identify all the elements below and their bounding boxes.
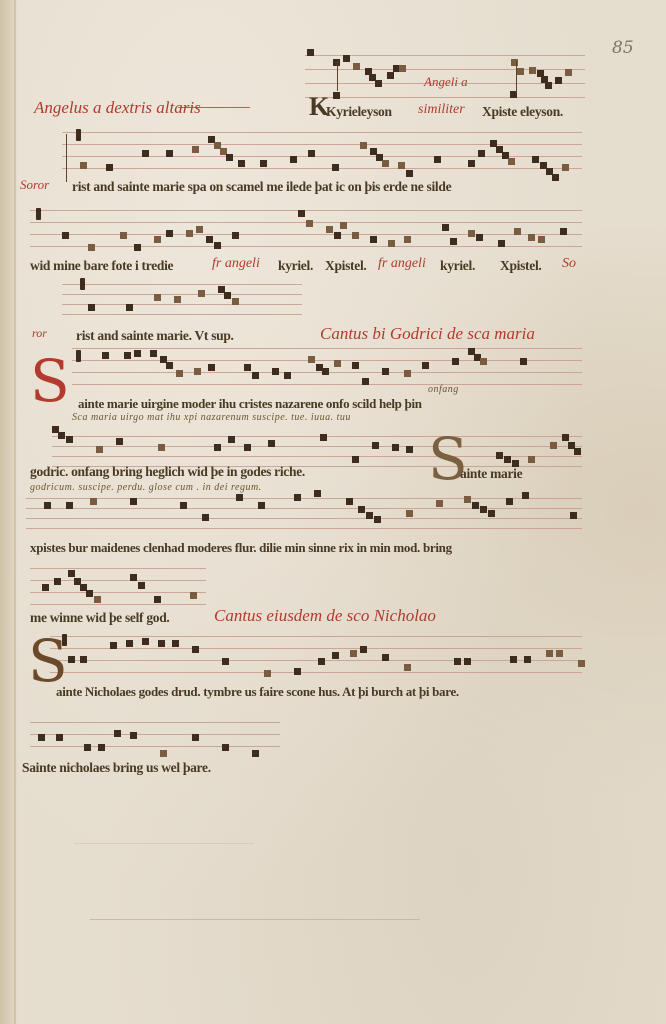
folio-number: 85 xyxy=(612,38,634,58)
rubric-cantus-godrici: Cantus bi Godrici de sca maria xyxy=(320,324,535,344)
text-line-1a: rist and sainte marie spa on scamel me i… xyxy=(72,179,312,194)
text-line-1b: þat ic on þis erde ne silde xyxy=(315,179,452,194)
bracket xyxy=(66,134,67,182)
gloss-line-4: Sca maria uirgo mat ihu xpi nazarenum su… xyxy=(72,412,351,423)
text-line-8: ainte Nicholaes godes drud. tymbre us fa… xyxy=(56,684,459,700)
text-line-7: me winne wid þe self god. xyxy=(30,610,170,626)
rubric-similiter: similiter xyxy=(418,102,465,118)
spine-shadow xyxy=(14,0,16,1024)
text-kyrieleyson: Kyrieleyson xyxy=(326,104,392,120)
text-line-2: wid mine bare fote i tredie xyxy=(30,258,173,274)
text-line-4: ainte marie uirgine moder ihu cristes na… xyxy=(78,396,422,412)
rubric-fr-angeli-1: fr angeli xyxy=(212,256,260,272)
gloss-line-5: godricum. suscipe. perdu. glose cum . in… xyxy=(30,482,262,493)
text-kyriel-2: kyriel. xyxy=(440,258,475,274)
text-xpistel-1: Xpistel. xyxy=(325,258,366,274)
text-line-6: xpistes bur maidenes clenhad moderes flu… xyxy=(30,540,452,556)
text-line-9: Sainte nicholaes bring us wel þare. xyxy=(22,760,211,776)
faint-ruling-2 xyxy=(74,843,254,844)
staff-1 xyxy=(62,132,582,177)
rubric-angelus-a-dextris: Angelus a dextris altaris xyxy=(34,98,201,118)
rubric-fr-angeli-2: fr angeli xyxy=(378,256,426,272)
text-xpistel-2: Xpistel. xyxy=(500,258,541,274)
rubric-cantus-nicholas: Cantus eiusdem de sco Nicholao xyxy=(214,606,436,626)
text-line-1: rist and sainte marie spa on scamel me i… xyxy=(72,179,451,195)
staff-9 xyxy=(30,722,280,758)
staff-2 xyxy=(30,210,582,255)
text-kyriel-1: kyriel. xyxy=(278,258,313,274)
initial-s-marie: S xyxy=(30,352,70,410)
rubric-ror: ror xyxy=(32,326,47,341)
text-line-3: rist and sainte marie. Vt sup. xyxy=(76,328,234,344)
rubric-angeli: Angeli a xyxy=(424,74,468,90)
text-line-5b: ainte marie xyxy=(460,466,522,482)
rubric-soror: Soror xyxy=(20,177,49,193)
manuscript-page: 85 Angeli a K Kyrieleyson similiter Xpis… xyxy=(0,0,666,1024)
staff-6 xyxy=(26,498,582,538)
rubric-so: So xyxy=(562,256,576,272)
initial-s-nicholas: S xyxy=(28,632,68,690)
text-xpiste-eleyson: Xpiste eleyson. xyxy=(482,104,563,120)
text-line-5: godric. onfang bring heglich wid þe in g… xyxy=(30,464,305,480)
staff-3 xyxy=(62,284,302,324)
faint-ruling xyxy=(90,919,420,920)
staff-7 xyxy=(30,568,206,612)
staff-8 xyxy=(50,636,582,676)
staff-4 xyxy=(72,348,582,390)
rubric-flourish xyxy=(178,107,250,108)
gloss-onfang: onfang xyxy=(428,384,459,395)
